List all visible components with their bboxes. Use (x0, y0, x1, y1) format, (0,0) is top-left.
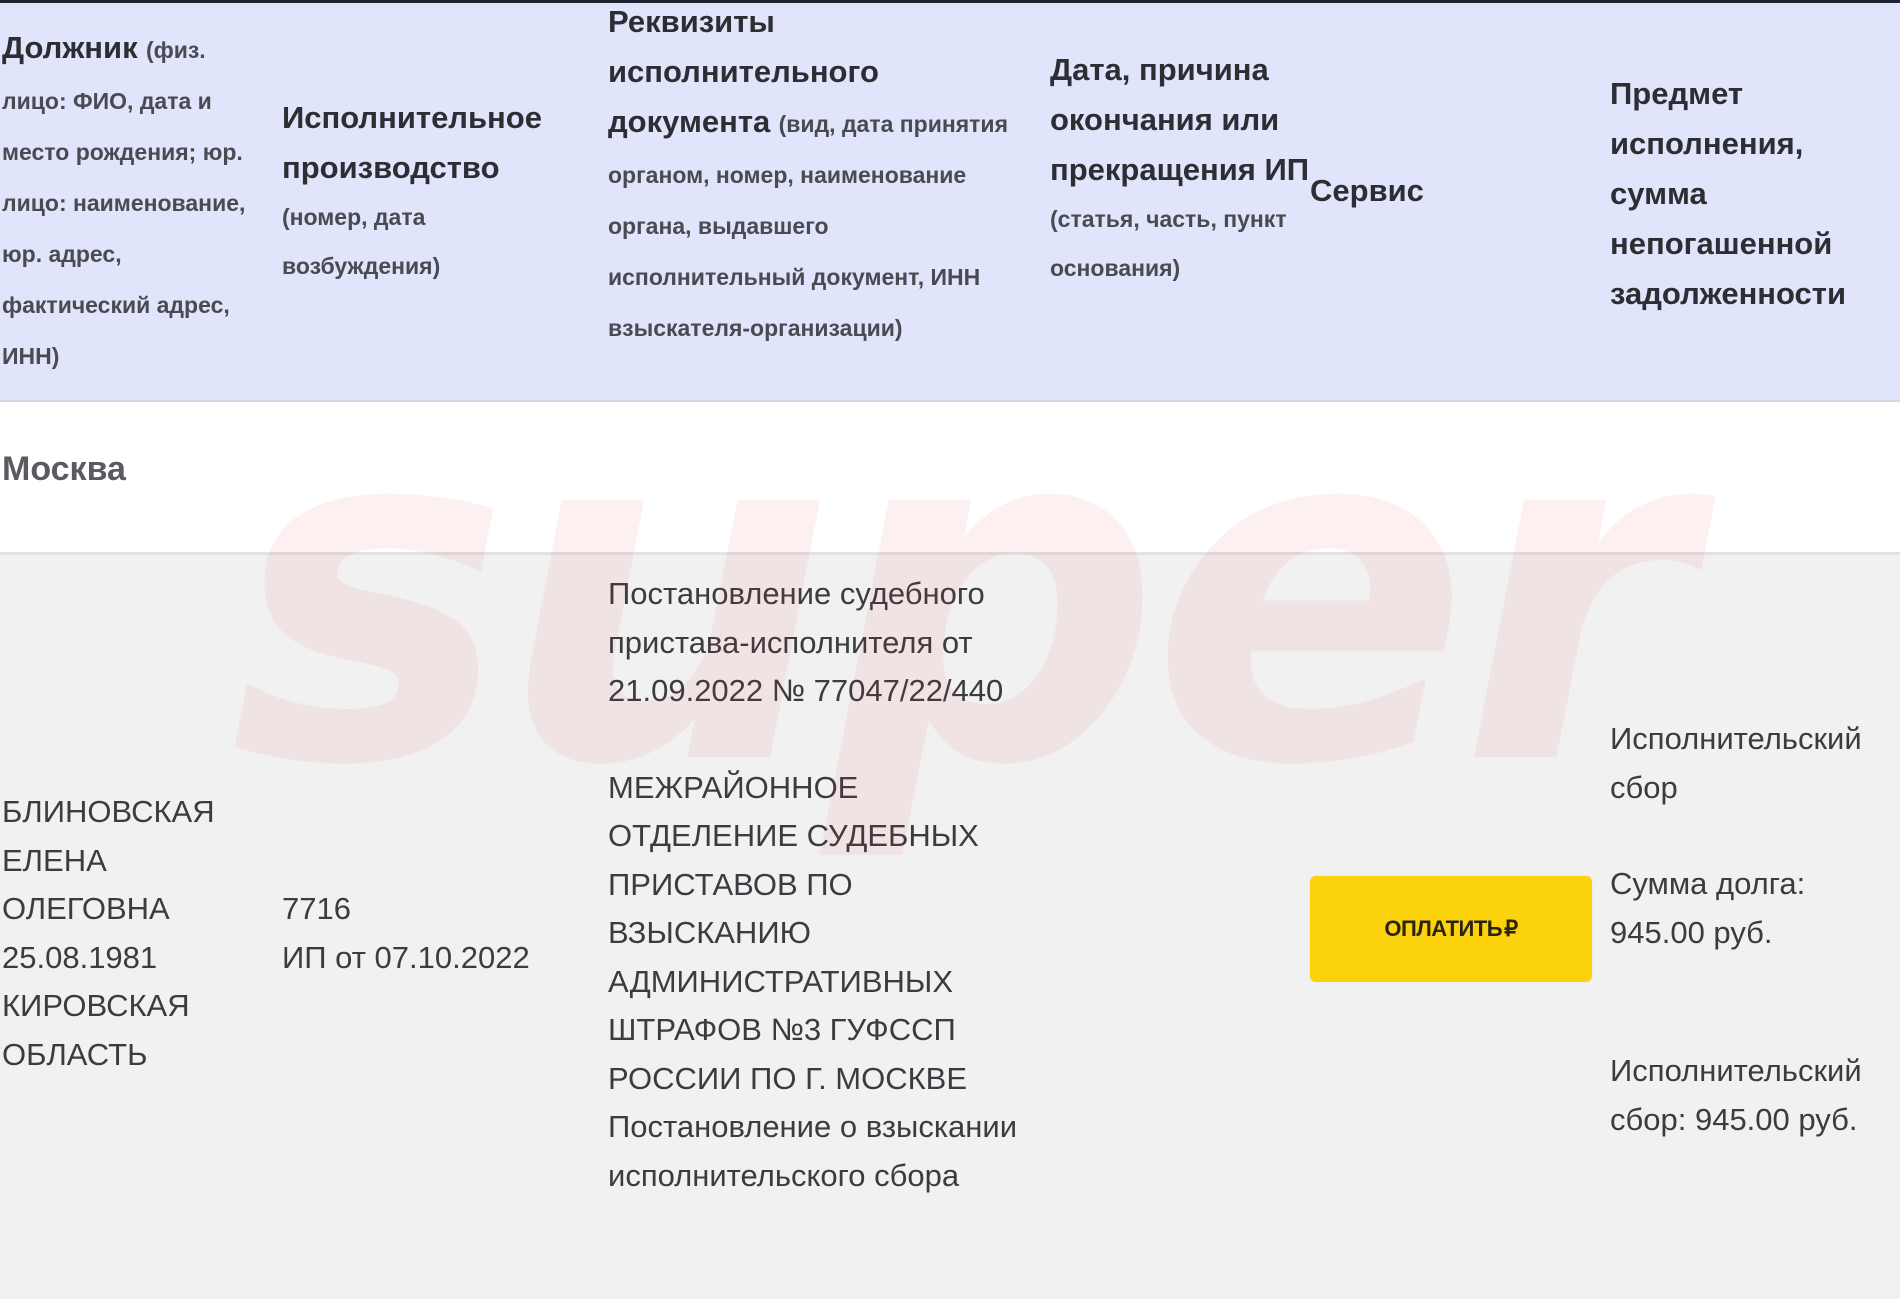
column-header-proceeding: Исполнительное производство (номер, дата… (282, 93, 572, 291)
column-header-end-date: Дата, причина окончания или прекращения … (1050, 45, 1310, 293)
fee-amount: Исполнительский сбор: 945.00 руб. (1610, 1047, 1900, 1144)
document-issuer: МЕЖРАЙОННОЕ ОТДЕЛЕНИЕ СУДЕБНЫХ ПРИСТАВОВ… (608, 764, 1048, 1104)
column-header-subject: Предмет исполнения, сумма непогашенной з… (1610, 69, 1890, 319)
region-row (0, 402, 1900, 555)
column-note: (вид, дата принятия органом, номер, наим… (608, 111, 1008, 341)
document-type: Постановление о взыскании исполнительско… (608, 1103, 1048, 1200)
subject-type: Исполнительский сбор (1610, 715, 1900, 812)
document-cell: Постановление судебного пристава-исполни… (608, 570, 1048, 1200)
column-note: (статья, часть, пункт основания) (1050, 195, 1310, 293)
column-header-service: Сервис (1310, 166, 1510, 216)
proceeding-cell: 7716 ИП от 07.10.2022 (282, 885, 582, 982)
debtor-cell: БЛИНОВСКАЯ ЕЛЕНА ОЛЕГОВНА 25.08.1981 КИР… (2, 788, 262, 1079)
pay-button[interactable]: ОПЛАТИТЬ ₽ (1310, 876, 1592, 982)
table-header: Должник (физ. лицо: ФИО, дата и место ро… (0, 3, 1900, 402)
proceeding-number: 7716 (282, 885, 582, 934)
column-title: Дата, причина окончания или прекращения … (1050, 52, 1309, 187)
column-note: (физ. лицо: ФИО, дата и место рождения; … (2, 37, 245, 369)
region-label: Москва (2, 450, 126, 489)
column-title: Должник (2, 30, 138, 65)
column-header-document: Реквизиты исполнительного документа (вид… (608, 0, 1008, 353)
column-title: Предмет исполнения, сумма непогашенной з… (1610, 76, 1846, 311)
column-title: Сервис (1310, 173, 1424, 208)
proceeding-date: ИП от 07.10.2022 (282, 934, 582, 983)
column-title: Исполнительное производство (282, 100, 542, 185)
ruble-icon: ₽ (1504, 916, 1518, 942)
subject-cell: Исполнительский сбор Сумма долга: 945.00… (1610, 715, 1900, 1144)
column-header-debtor: Должник (физ. лицо: ФИО, дата и место ро… (2, 23, 267, 381)
column-note: (номер, дата возбуждения) (282, 193, 572, 291)
pay-button-label: ОПЛАТИТЬ (1384, 916, 1502, 942)
document-decree: Постановление судебного пристава-исполни… (608, 570, 1048, 716)
debt-amount: Сумма долга: 945.00 руб. (1610, 860, 1900, 957)
